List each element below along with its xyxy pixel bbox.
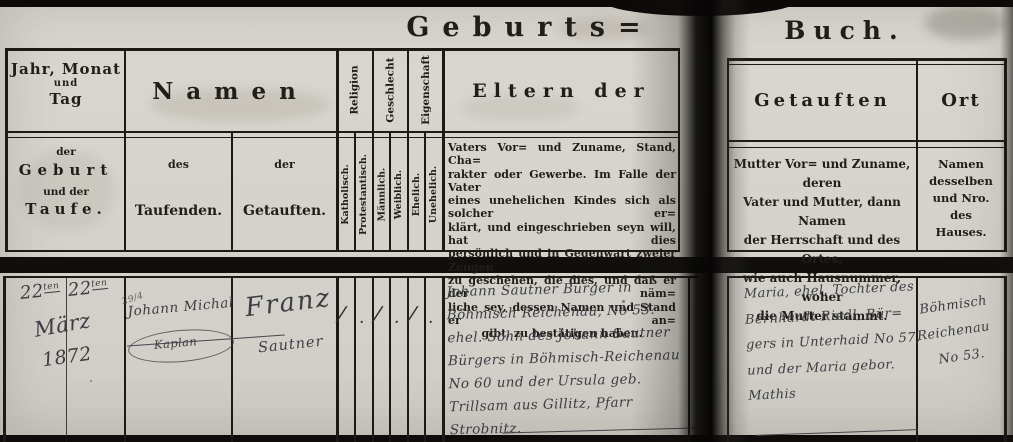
column-header-getauften: Getauften <box>729 90 916 111</box>
mark-weiblich: . <box>394 308 400 328</box>
grid-line <box>407 276 409 442</box>
desc-line: Namen <box>918 156 1004 173</box>
grid-line <box>442 276 445 442</box>
grid-line <box>5 137 680 138</box>
grid-line <box>5 131 680 133</box>
grid-line <box>3 276 6 442</box>
subheader-protestantisch: Protestantisch. <box>356 139 372 250</box>
desc-line: der Herrschaft und des Ortes, <box>733 231 911 269</box>
day-number: 22 <box>67 278 93 301</box>
grid-line <box>727 140 1006 142</box>
subheader-ehelich: Ehelich. <box>409 139 424 250</box>
entry-birth-day: 22ten <box>19 279 61 304</box>
column-header-religion: Religion <box>337 48 372 131</box>
header-line: Religion <box>349 65 361 114</box>
header-line: Protestantisch. <box>359 154 370 235</box>
desc-line: und Nro. <box>918 190 1004 207</box>
header-line: der <box>233 158 336 171</box>
desc-line: des <box>918 207 1004 224</box>
column-header-namen: Namen <box>125 78 336 105</box>
register-scan-page: Geburts= Buch. <box>0 0 1013 442</box>
header-line: Geburt <box>8 161 124 179</box>
subheader-getauften: der Getauften. <box>233 158 336 219</box>
ink-speck <box>90 380 92 382</box>
header-line: Katholisch. <box>340 164 351 225</box>
grid-line <box>442 48 445 252</box>
grid-line <box>354 276 356 442</box>
desc-line: Mutter Vor= und Zuname, deren <box>733 155 911 193</box>
top-scan-border <box>0 0 1013 7</box>
entry-mother-text: Maria, ehel. Tochter des Bernhardt Riedl… <box>743 274 920 409</box>
header-line: Weiblich. <box>394 170 405 219</box>
header-line: Eigenschaft <box>420 55 432 125</box>
page-title-right: Buch. <box>775 16 915 45</box>
book-gutter-shadow <box>630 0 750 442</box>
grid-line <box>424 276 426 442</box>
header-line: des <box>126 158 231 171</box>
grid-line <box>372 276 374 442</box>
header-line: und der <box>8 186 124 198</box>
subheader-geburt-taufe: der Geburt und der Taufe. <box>8 146 124 218</box>
bleedthrough-smudge <box>925 6 1005 40</box>
header-line: der <box>8 146 124 158</box>
grid-line <box>727 64 1006 65</box>
grid-line <box>727 58 1006 61</box>
ort-description: Namen desselben und Nro. des Hauses. <box>918 156 1004 241</box>
header-line: Getauften. <box>233 203 336 219</box>
column-header-ort: Ort <box>918 90 1004 111</box>
desc-line: desselben <box>918 173 1004 190</box>
header-line: Tag <box>8 90 124 108</box>
mark-protestantisch: . <box>359 308 365 328</box>
mark-unehelich: . <box>428 308 434 328</box>
desc-line: Hauses. <box>918 224 1004 241</box>
grid-line <box>727 147 1006 148</box>
column-header-date: Jahr, Monat und Tag <box>8 60 124 108</box>
header-line: Unehelich. <box>429 166 440 223</box>
column-header-eigenschaft: Eigenschaft <box>409 48 442 131</box>
desc-line: Vater und Mutter, dann Namen <box>733 193 911 231</box>
header-line: Ehelich. <box>411 173 422 216</box>
page-title-left: Geburts= <box>405 12 655 43</box>
ink-speck <box>622 300 625 303</box>
subheader-weiblich: Weiblich. <box>391 139 407 250</box>
header-line: Taufenden. <box>126 203 231 219</box>
header-line: Männlich. <box>376 168 387 222</box>
subheader-katholisch: Katholisch. <box>337 139 354 250</box>
subheader-maennlich: Männlich. <box>374 139 389 250</box>
entry-baptism-day: 22ten <box>67 276 109 301</box>
header-line: Geschlecht <box>385 57 397 122</box>
day-suffix: ten <box>91 278 108 291</box>
day-number: 22 <box>19 281 45 304</box>
grid-line <box>389 276 391 442</box>
header-line: Jahr, Monat <box>8 60 124 78</box>
header-line: Taufe. <box>8 200 124 218</box>
entry-ort-text: Böhmisch Reichenau No 53. <box>912 286 1012 376</box>
subheader-taufenden: des Taufenden. <box>126 158 231 219</box>
header-line: und <box>8 78 124 90</box>
right-edge-shadow <box>1000 0 1013 442</box>
column-header-geschlecht: Geschlecht <box>374 48 407 131</box>
subheader-unehelich: Unehelich. <box>426 139 442 250</box>
day-suffix: ten <box>43 281 60 294</box>
